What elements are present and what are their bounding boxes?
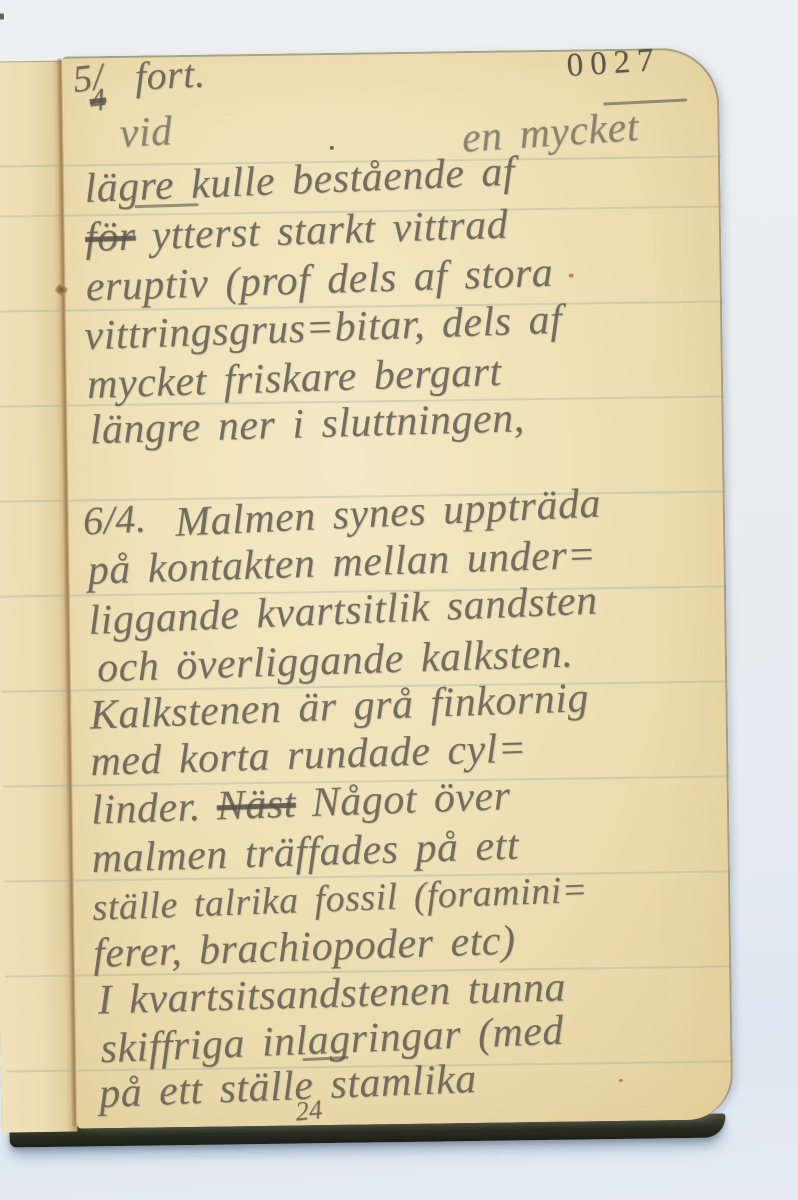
entry1-date-denominator: 4 [88,82,108,116]
handwriting-text: Något över [311,773,511,826]
paper-assembly: 0027 5/ 4 fort. vid en mycket lägre kull… [0,0,798,1200]
struck-word: för [84,213,136,261]
entry1-heading: fort. [134,53,206,96]
scan-edge-mark [0,13,4,19]
handwriting-text: linder. [90,784,201,834]
struck-word: Näst [216,781,297,830]
paper-speck [619,1079,623,1082]
handwriting-line: vid [119,110,174,155]
page-number: 24 [294,1094,324,1128]
paper-speck [569,274,574,278]
scan-number: 0027 [566,44,662,83]
entry2-date: 6/4. [82,498,147,541]
notebook-scan: 0027 5/ 4 fort. vid en mycket lägre kull… [0,0,798,1200]
paper-speck [330,146,334,150]
entry1-date: 5/ 4 [70,55,105,100]
